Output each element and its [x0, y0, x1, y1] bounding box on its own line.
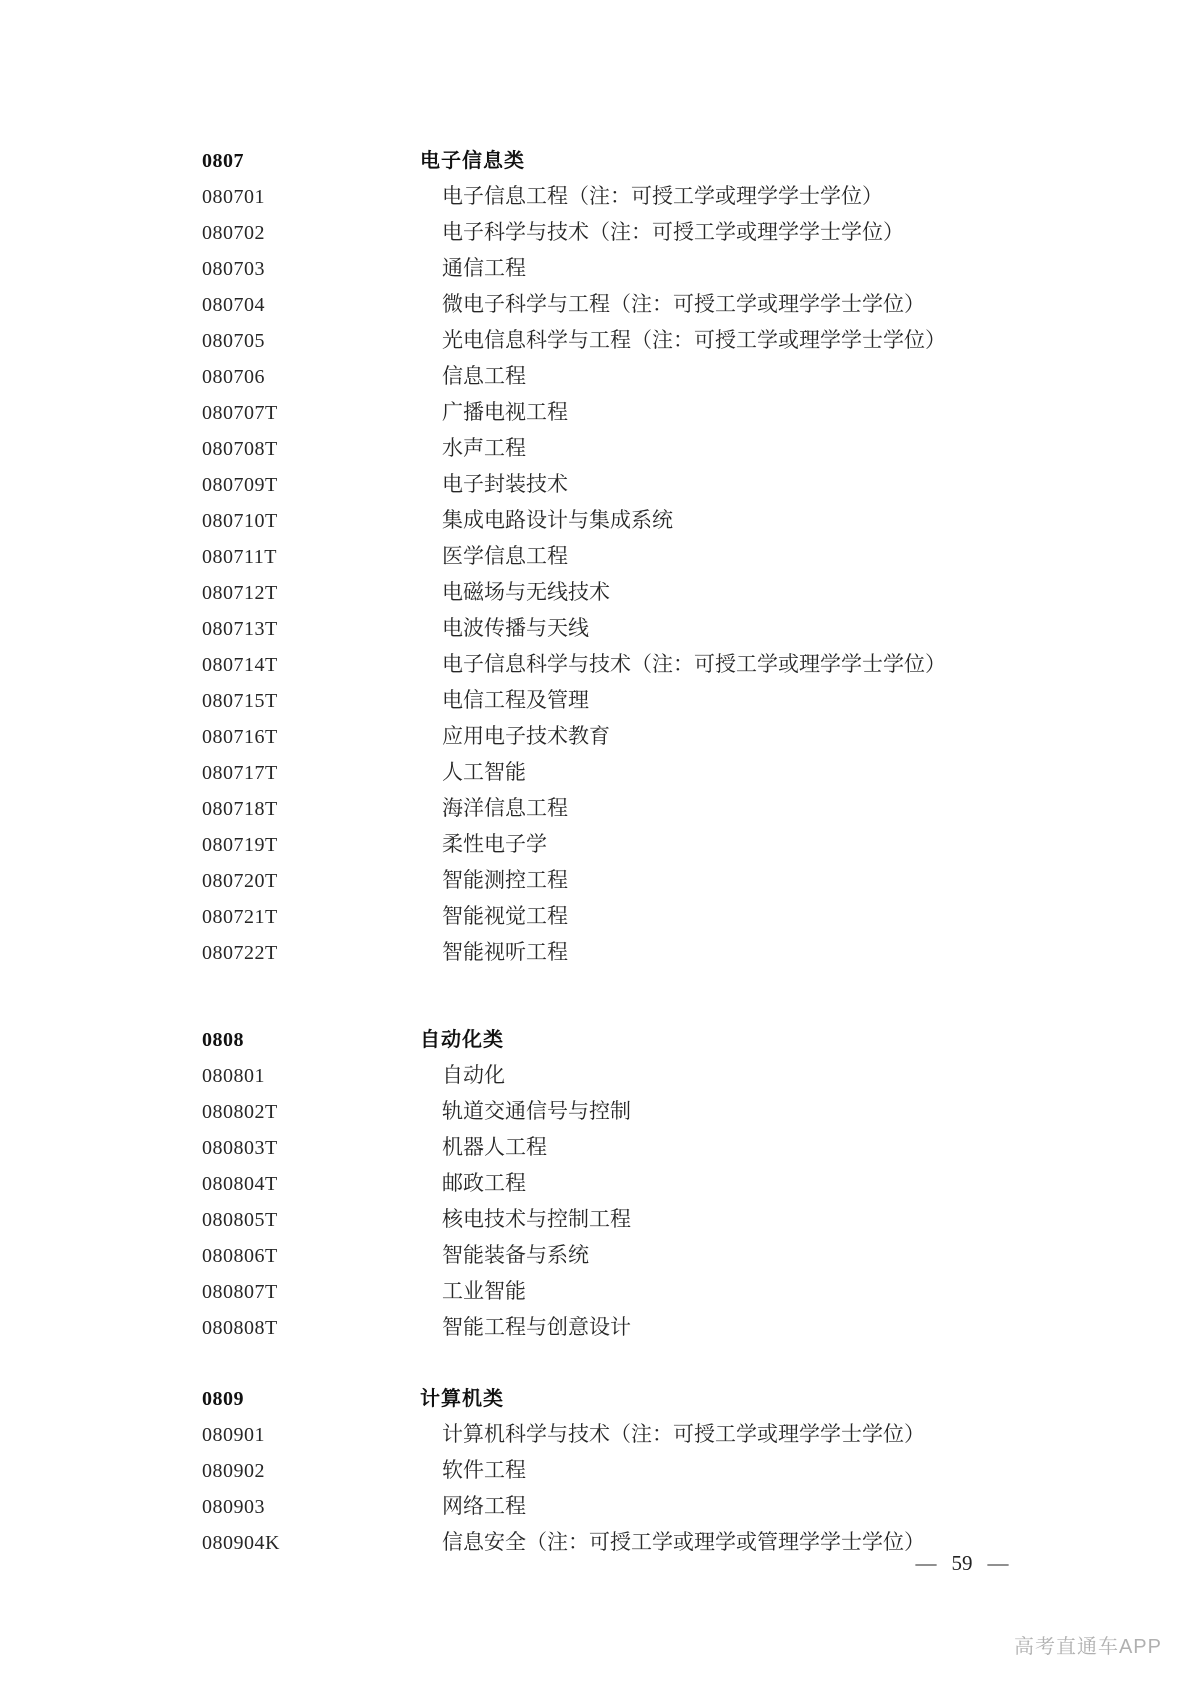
- page-number-dash-right: —: [988, 1551, 1009, 1576]
- major-code: 080721T: [202, 900, 420, 935]
- major-name: 电波传播与天线: [420, 611, 589, 646]
- major-row: 080714T电子信息科学与技术（注：可授工学或理学学士学位）: [202, 647, 1190, 683]
- major-code: 080710T: [202, 504, 420, 539]
- major-row: 080705光电信息科学与工程（注：可授工学或理学学士学位）: [202, 323, 1190, 359]
- major-name: 应用电子技术教育: [420, 719, 610, 754]
- major-name: 海洋信息工程: [420, 791, 568, 826]
- major-row: 080722T智能视听工程: [202, 935, 1190, 971]
- major-code: 080903: [202, 1490, 420, 1525]
- major-code: 080705: [202, 324, 420, 359]
- category-title: 自动化类: [420, 1023, 504, 1058]
- major-category-0809: 0809计算机类080901计算机科学与技术（注：可授工学或理学学士学位）080…: [202, 1382, 1190, 1561]
- major-name: 智能视听工程: [420, 935, 568, 970]
- major-row: 080804T邮政工程: [202, 1166, 1190, 1202]
- major-name: 工业智能: [420, 1274, 526, 1309]
- major-name: 自动化: [420, 1058, 505, 1093]
- major-code: 080804T: [202, 1167, 420, 1202]
- major-code: 080801: [202, 1059, 420, 1094]
- major-name: 电子信息科学与技术（注：可授工学或理学学士学位）: [420, 647, 946, 682]
- major-category-0808: 0808自动化类080801自动化080802T轨道交通信号与控制080803T…: [202, 1023, 1190, 1346]
- major-code: 080806T: [202, 1239, 420, 1274]
- major-code: 080709T: [202, 468, 420, 503]
- major-code: 080712T: [202, 576, 420, 611]
- major-row: 080715T电信工程及管理: [202, 683, 1190, 719]
- major-name: 智能工程与创意设计: [420, 1310, 631, 1345]
- category-title: 电子信息类: [420, 144, 525, 179]
- major-name: 水声工程: [420, 431, 526, 466]
- major-name: 网络工程: [420, 1489, 526, 1524]
- major-name: 广播电视工程: [420, 395, 568, 430]
- major-code: 080716T: [202, 720, 420, 755]
- document-page: 0807电子信息类080701电子信息工程（注：可授工学或理学学士学位）0807…: [0, 0, 1190, 1683]
- major-name: 软件工程: [420, 1453, 526, 1488]
- major-row: 080717T人工智能: [202, 755, 1190, 791]
- major-row: 080713T电波传播与天线: [202, 611, 1190, 647]
- major-row: 080703通信工程: [202, 251, 1190, 287]
- major-row: 080805T核电技术与控制工程: [202, 1202, 1190, 1238]
- major-catalog: 0807电子信息类080701电子信息工程（注：可授工学或理学学士学位）0807…: [202, 144, 1190, 1561]
- major-row: 080807T工业智能: [202, 1274, 1190, 1310]
- major-row: 080706信息工程: [202, 359, 1190, 395]
- major-code: 080901: [202, 1418, 420, 1453]
- major-row: 080711T医学信息工程: [202, 539, 1190, 575]
- category-code: 0808: [202, 1023, 420, 1058]
- major-code: 080703: [202, 252, 420, 287]
- category-header-row: 0807电子信息类: [202, 144, 1190, 179]
- major-code: 080715T: [202, 684, 420, 719]
- major-code: 080904K: [202, 1526, 420, 1561]
- major-row: 080701电子信息工程（注：可授工学或理学学士学位）: [202, 179, 1190, 215]
- major-name: 人工智能: [420, 755, 526, 790]
- major-code: 080902: [202, 1454, 420, 1489]
- major-code: 080802T: [202, 1095, 420, 1130]
- major-row: 080712T电磁场与无线技术: [202, 575, 1190, 611]
- major-row: 080803T机器人工程: [202, 1130, 1190, 1166]
- major-name: 电磁场与无线技术: [420, 575, 610, 610]
- major-row: 080702电子科学与技术（注：可授工学或理学学士学位）: [202, 215, 1190, 251]
- category-code: 0809: [202, 1382, 420, 1417]
- major-name: 集成电路设计与集成系统: [420, 503, 673, 538]
- category-title: 计算机类: [420, 1382, 504, 1417]
- category-header-row: 0808自动化类: [202, 1023, 1190, 1058]
- major-category-0807: 0807电子信息类080701电子信息工程（注：可授工学或理学学士学位）0807…: [202, 144, 1190, 971]
- major-row: 080808T智能工程与创意设计: [202, 1310, 1190, 1346]
- major-code: 080713T: [202, 612, 420, 647]
- major-name: 智能装备与系统: [420, 1238, 589, 1273]
- major-code: 080717T: [202, 756, 420, 791]
- page-number: — 59 —: [897, 1551, 1027, 1576]
- major-code: 080701: [202, 180, 420, 215]
- major-code: 080707T: [202, 396, 420, 431]
- major-code: 080803T: [202, 1131, 420, 1166]
- major-row: 080904K信息安全（注：可授工学或理学或管理学学士学位）: [202, 1525, 1190, 1561]
- major-name: 信息工程: [420, 359, 526, 394]
- major-code: 080702: [202, 216, 420, 251]
- major-name: 微电子科学与工程（注：可授工学或理学学士学位）: [420, 287, 925, 322]
- major-name: 核电技术与控制工程: [420, 1202, 631, 1237]
- major-row: 080902软件工程: [202, 1453, 1190, 1489]
- major-row: 080704微电子科学与工程（注：可授工学或理学学士学位）: [202, 287, 1190, 323]
- major-row: 080707T广播电视工程: [202, 395, 1190, 431]
- major-code: 080714T: [202, 648, 420, 683]
- major-code: 080708T: [202, 432, 420, 467]
- major-code: 080805T: [202, 1203, 420, 1238]
- major-row: 080708T水声工程: [202, 431, 1190, 467]
- major-name: 机器人工程: [420, 1130, 547, 1165]
- page-number-dash-left: —: [916, 1551, 937, 1576]
- major-name: 医学信息工程: [420, 539, 568, 574]
- major-row: 080801自动化: [202, 1058, 1190, 1094]
- major-row: 080806T智能装备与系统: [202, 1238, 1190, 1274]
- major-row: 080721T智能视觉工程: [202, 899, 1190, 935]
- major-name: 邮政工程: [420, 1166, 526, 1201]
- major-code: 080808T: [202, 1311, 420, 1346]
- major-code: 080718T: [202, 792, 420, 827]
- major-name: 电子封装技术: [420, 467, 568, 502]
- major-name: 柔性电子学: [420, 827, 547, 862]
- page-number-value: 59: [952, 1551, 973, 1576]
- major-code: 080720T: [202, 864, 420, 899]
- major-name: 计算机科学与技术（注：可授工学或理学学士学位）: [420, 1417, 925, 1452]
- major-row: 080716T应用电子技术教育: [202, 719, 1190, 755]
- major-code: 080719T: [202, 828, 420, 863]
- major-name: 电子信息工程（注：可授工学或理学学士学位）: [420, 179, 883, 214]
- major-code: 080711T: [202, 540, 420, 575]
- category-header-row: 0809计算机类: [202, 1382, 1190, 1417]
- major-name: 智能视觉工程: [420, 899, 568, 934]
- major-row: 080903网络工程: [202, 1489, 1190, 1525]
- major-name: 电信工程及管理: [420, 683, 589, 718]
- major-row: 080709T电子封装技术: [202, 467, 1190, 503]
- major-row: 080718T海洋信息工程: [202, 791, 1190, 827]
- major-row: 080901计算机科学与技术（注：可授工学或理学学士学位）: [202, 1417, 1190, 1453]
- major-name: 通信工程: [420, 251, 526, 286]
- major-name: 电子科学与技术（注：可授工学或理学学士学位）: [420, 215, 904, 250]
- major-name: 光电信息科学与工程（注：可授工学或理学学士学位）: [420, 323, 946, 358]
- major-name: 智能测控工程: [420, 863, 568, 898]
- major-name: 信息安全（注：可授工学或理学或管理学学士学位）: [420, 1525, 925, 1560]
- major-row: 080719T柔性电子学: [202, 827, 1190, 863]
- major-row: 080802T轨道交通信号与控制: [202, 1094, 1190, 1130]
- major-row: 080720T智能测控工程: [202, 863, 1190, 899]
- major-code: 080704: [202, 288, 420, 323]
- major-name: 轨道交通信号与控制: [420, 1094, 631, 1129]
- major-code: 080807T: [202, 1275, 420, 1310]
- major-code: 080706: [202, 360, 420, 395]
- major-row: 080710T集成电路设计与集成系统: [202, 503, 1190, 539]
- category-code: 0807: [202, 144, 420, 179]
- watermark-gaokao-app: 高考直通车APP: [1014, 1630, 1162, 1659]
- major-code: 080722T: [202, 936, 420, 971]
